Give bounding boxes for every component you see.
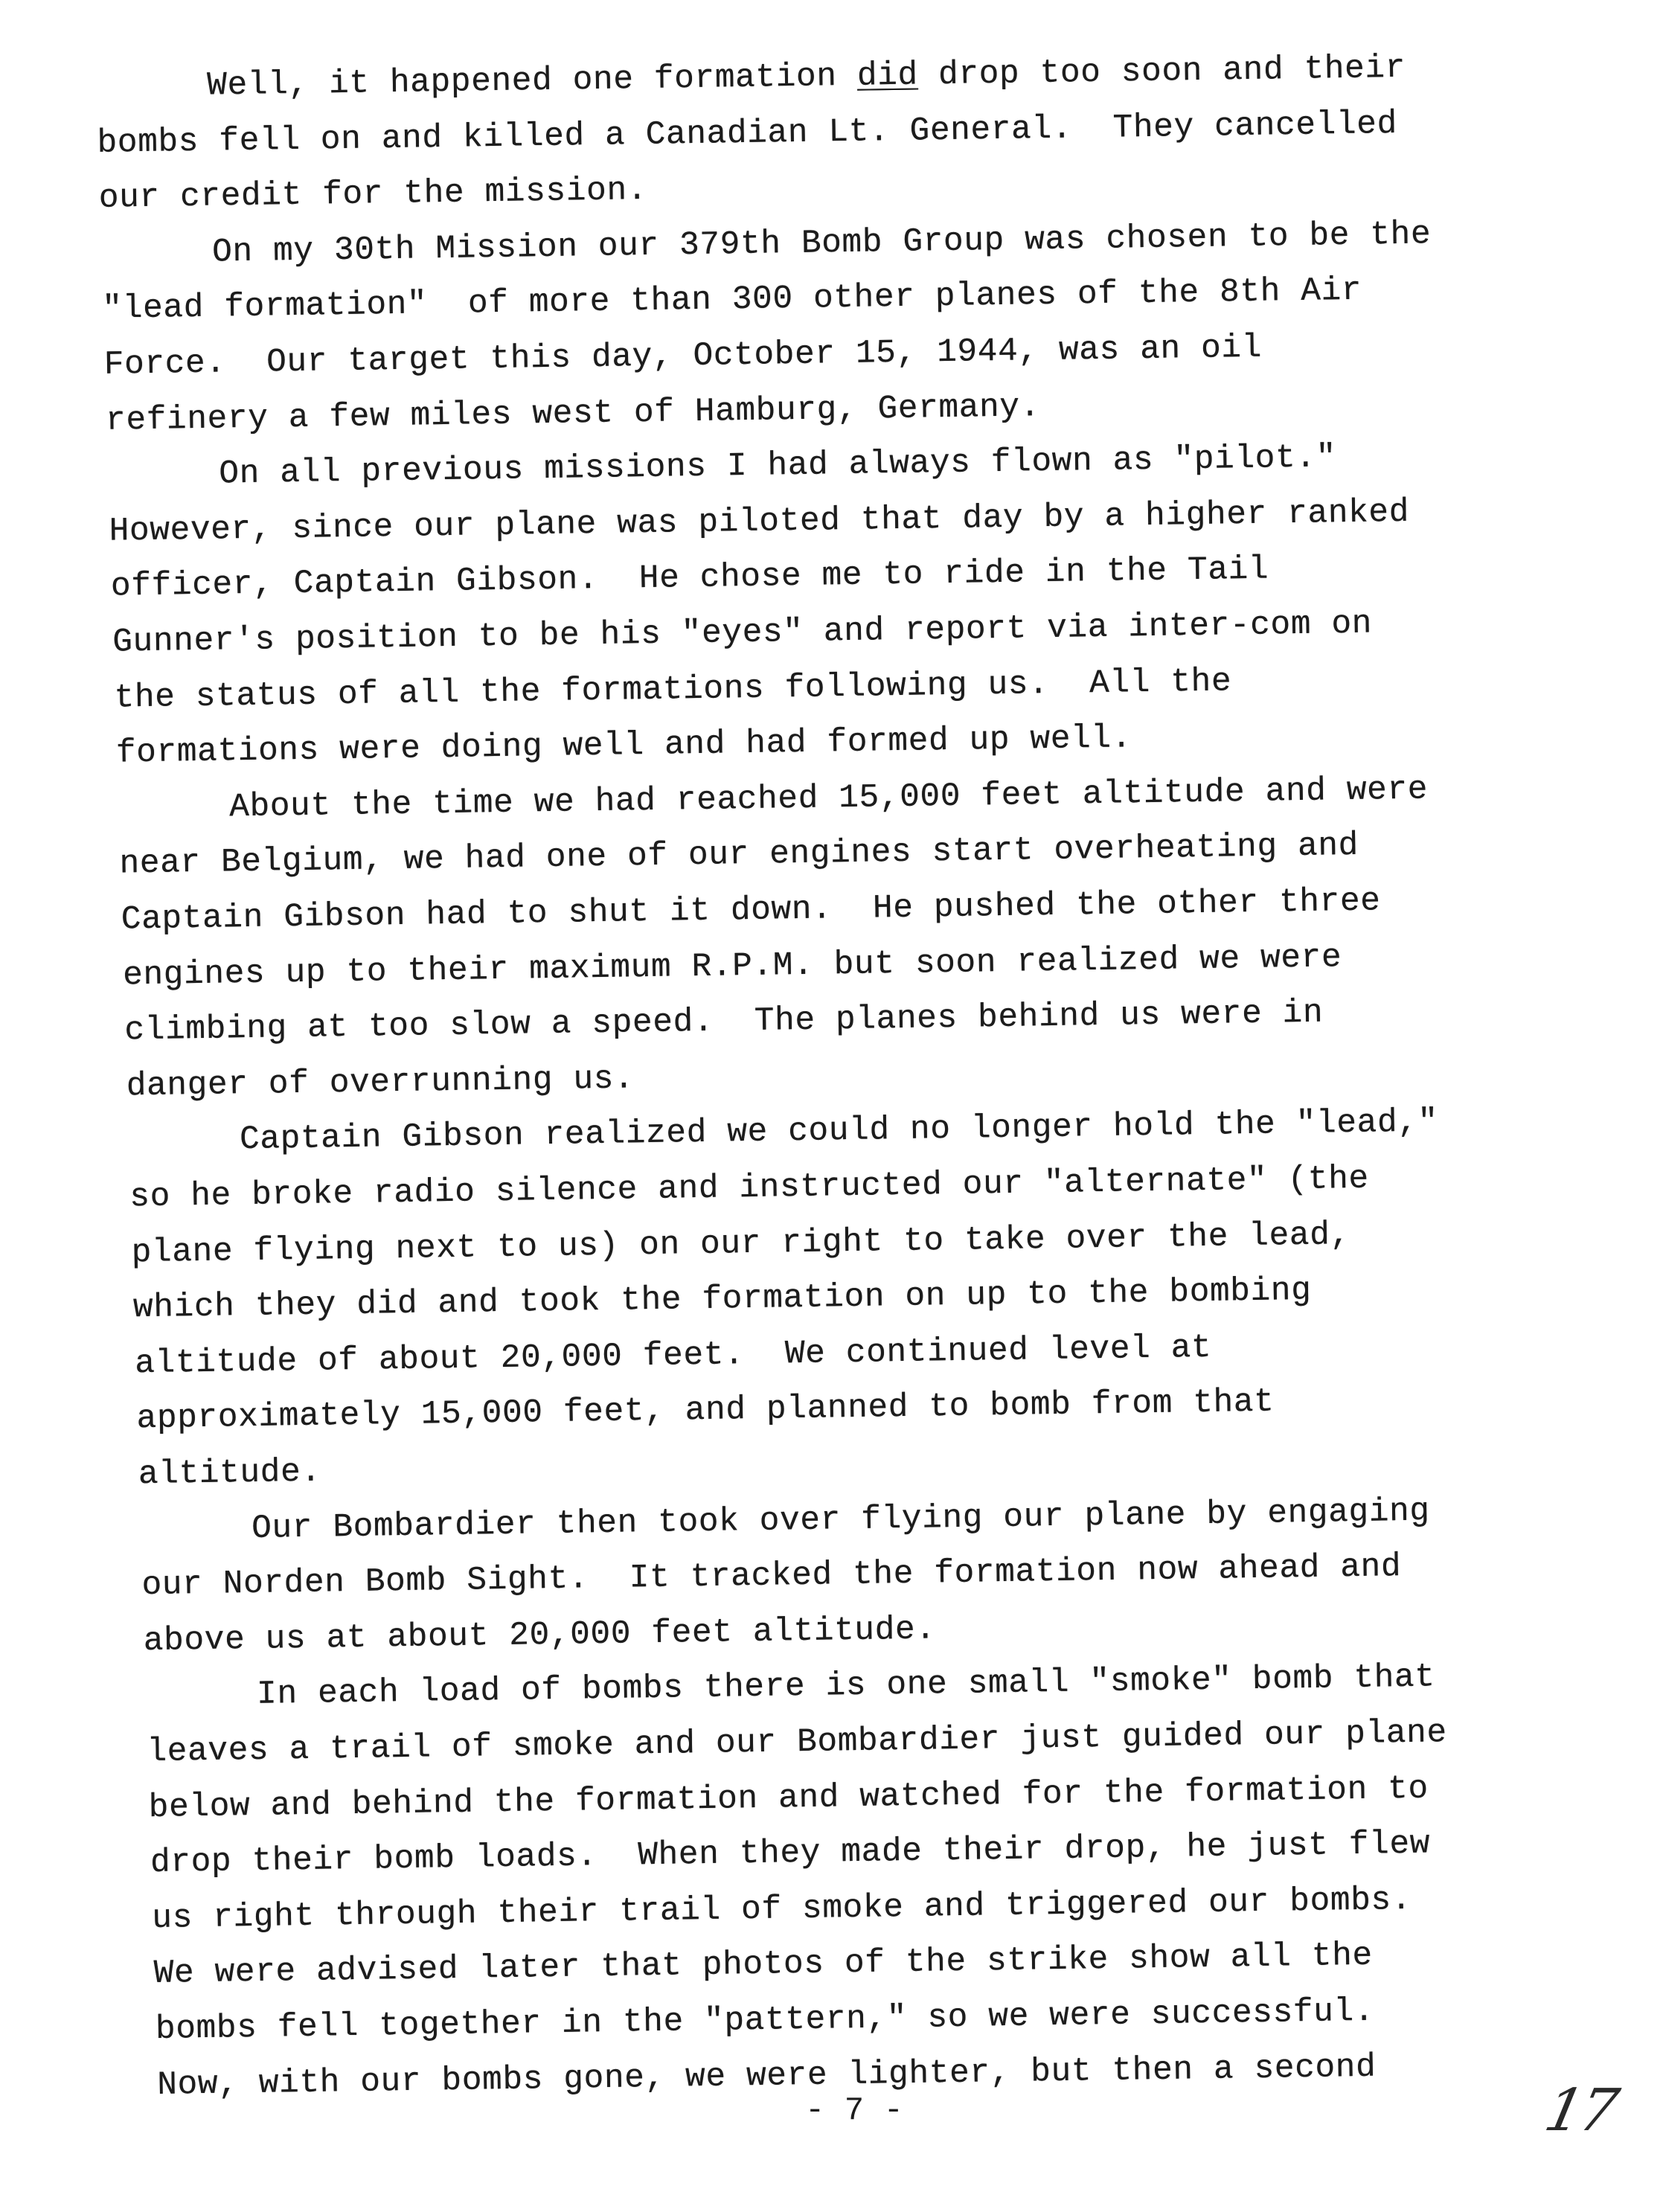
text-segment: altitude of about 20,000 feet. We contin…	[135, 1330, 1212, 1382]
text-segment: bombs fell together in the "pattern," so…	[156, 1993, 1375, 2048]
text-segment: formations were doing well and had forme…	[116, 720, 1132, 772]
text-line: Gunner's position to be his "eyes" and r…	[112, 608, 1372, 660]
text-line: approximately 15,000 feet, and planned t…	[136, 1386, 1275, 1436]
paragraph: Well, it happened one formation did drop…	[0, 0, 1662, 1]
text-segment: Now, with our bombs gone, we were lighte…	[157, 2048, 1377, 2103]
text-line: formations were doing well and had forme…	[116, 722, 1132, 771]
text-segment: our credit for the mission.	[98, 172, 647, 217]
text-line: "lead formation" of more than 300 other …	[102, 275, 1362, 327]
text-segment: leaves a trail of smoke and our Bombardi…	[147, 1714, 1447, 1771]
text-line: We were advised later that photos of the…	[153, 1940, 1373, 1991]
text-segment: Force. Our target this day, October 15, …	[103, 330, 1262, 384]
text-segment: climbing at too slow a speed. The planes…	[124, 995, 1324, 1050]
text-line: near Belgium, we had one of our engines …	[119, 830, 1359, 881]
text-segment: Gunner's position to be his "eyes" and r…	[112, 606, 1372, 661]
text-segment: However, since our plane was piloted tha…	[109, 494, 1409, 551]
text-segment: below and behind the formation and watch…	[148, 1770, 1429, 1827]
text-segment: so he broke radio silence and instructed…	[129, 1161, 1369, 1216]
text-segment: On my 30th Mission our 379th Bomb Group …	[212, 216, 1432, 271]
handwritten-page-mark: 17	[1539, 2077, 1621, 2144]
text-line: above us at about 20,000 feet altitude.	[144, 1613, 936, 1658]
text-line: drop their bomb loads. When they made th…	[150, 1828, 1431, 1880]
text-segment: altitude.	[138, 1454, 321, 1494]
text-segment: bombs fell on and killed a Canadian Lt. …	[97, 106, 1397, 162]
text-line: engines up to their maximum R.P.M. but s…	[123, 941, 1342, 993]
text-segment: the status of all the formations followi…	[114, 663, 1231, 717]
text-segment: We were advised later that photos of the…	[153, 1937, 1373, 1993]
emphasized-word: did	[857, 57, 919, 94]
text-segment: In each load of bombs there is one small…	[257, 1659, 1435, 1714]
text-line: bombs fell on and killed a Canadian Lt. …	[97, 108, 1397, 160]
text-segment: On all previous missions I had always fl…	[219, 439, 1336, 493]
text-line: On all previous missions I had always fl…	[219, 441, 1336, 491]
text-line: which they did and took the formation on…	[133, 1275, 1312, 1325]
text-segment: Our Bombardier then took over flying our…	[251, 1493, 1430, 1547]
paragraph: Our Bombardier then took over flying our…	[0, 0, 1662, 1]
text-line: Well, it happened one formation did drop…	[207, 52, 1406, 103]
text-line: plane flying next to us) on our right to…	[131, 1219, 1350, 1270]
text-line: the status of all the formations followi…	[114, 665, 1231, 715]
text-segment: above us at about 20,000 feet altitude.	[143, 1611, 935, 1660]
text-line: About the time we had reached 15,000 fee…	[229, 773, 1428, 824]
text-segment: officer, Captain Gibson. He chose me to …	[111, 551, 1269, 606]
paragraph: Captain Gibson realized we could no long…	[0, 0, 1662, 1]
page-number: - 7 -	[805, 2092, 903, 2129]
text-segment: About the time we had reached 15,000 fee…	[229, 771, 1429, 826]
text-line: altitude of about 20,000 feet. We contin…	[135, 1332, 1212, 1381]
paragraph: On all previous missions I had always fl…	[0, 0, 1662, 1]
paragraph: About the time we had reached 15,000 fee…	[0, 0, 1662, 1]
text-line: altitude.	[138, 1456, 321, 1492]
text-segment: Well, it happened one formation	[207, 58, 857, 105]
document-body: Well, it happened one formation did drop…	[0, 0, 1663, 2212]
text-segment: Captain Gibson realized we could no long…	[240, 1104, 1439, 1159]
text-line: In each load of bombs there is one small…	[257, 1661, 1435, 1712]
text-segment: refinery a few miles west of Hamburg, Ge…	[106, 388, 1041, 440]
text-segment: drop too soon and their	[917, 50, 1406, 94]
text-segment: danger of overrunning us.	[126, 1060, 634, 1105]
document-page: Well, it happened one formation did drop…	[0, 0, 1663, 2212]
text-line: Captain Gibson had to shut it down. He p…	[121, 885, 1381, 937]
text-line: bombs fell together in the "pattern," so…	[156, 1995, 1375, 2047]
text-line: our Norden Bomb Sight. It tracked the fo…	[141, 1551, 1401, 1603]
text-segment: Captain Gibson had to shut it down. He p…	[121, 882, 1380, 938]
text-line: climbing at too slow a speed. The planes…	[124, 997, 1323, 1048]
text-segment: which they did and took the formation on…	[133, 1272, 1312, 1327]
text-line: Force. Our target this day, October 15, …	[103, 332, 1262, 382]
text-segment: "lead formation" of more than 300 other …	[102, 272, 1362, 328]
text-line: leaves a trail of smoke and our Bombardi…	[147, 1716, 1447, 1769]
text-segment: drop their bomb loads. When they made th…	[150, 1826, 1431, 1882]
text-line: so he broke radio silence and instructed…	[129, 1163, 1369, 1214]
text-segment: plane flying next to us) on our right to…	[131, 1216, 1350, 1272]
text-line: However, since our plane was piloted tha…	[109, 496, 1409, 548]
text-segment: approximately 15,000 feet, and planned t…	[136, 1384, 1275, 1438]
text-segment: our Norden Bomb Sight. It tracked the fo…	[141, 1548, 1401, 1604]
text-line: danger of overrunning us.	[126, 1062, 634, 1103]
text-segment: near Belgium, we had one of our engines …	[119, 827, 1359, 883]
text-line: Now, with our bombs gone, we were lighte…	[157, 2051, 1377, 2102]
text-line: our credit for the mission.	[99, 174, 648, 215]
paragraph: On my 30th Mission our 379th Bomb Group …	[0, 0, 1662, 1]
text-line: Our Bombardier then took over flying our…	[251, 1495, 1430, 1545]
text-line: officer, Captain Gibson. He chose me to …	[111, 554, 1269, 604]
text-line: below and behind the formation and watch…	[148, 1772, 1429, 1824]
text-segment: engines up to their maximum R.P.M. but s…	[123, 939, 1342, 994]
paragraph: In each load of bombs there is one small…	[0, 0, 1662, 1]
text-line: us right through their trail of smoke an…	[152, 1884, 1412, 1936]
text-line: On my 30th Mission our 379th Bomb Group …	[212, 218, 1432, 269]
text-line: Captain Gibson realized we could no long…	[240, 1106, 1438, 1157]
text-segment: us right through their trail of smoke an…	[152, 1882, 1412, 1937]
text-line: refinery a few miles west of Hamburg, Ge…	[106, 391, 1041, 437]
